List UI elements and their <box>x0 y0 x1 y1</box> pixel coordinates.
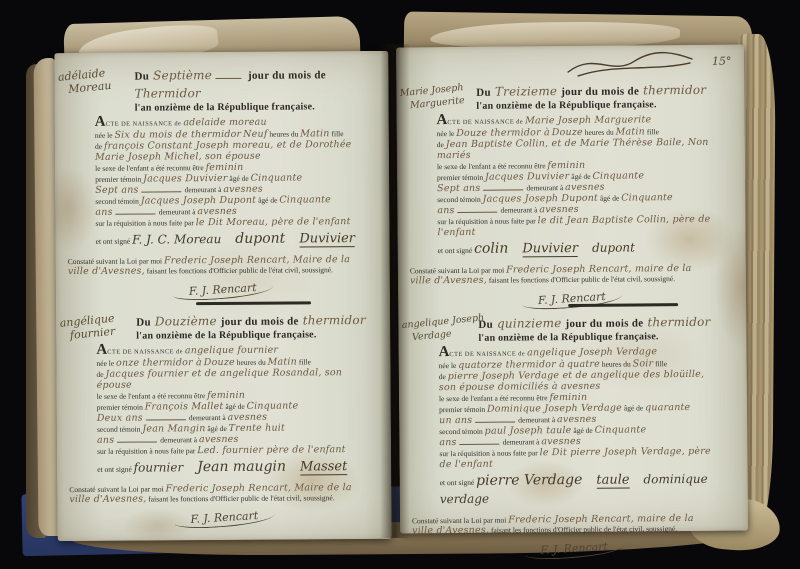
certification-paragraph: Constaté suivant la Loi par moi Frederic… <box>412 514 700 537</box>
value-child-name: Marie Joseph Marguerite <box>525 114 651 126</box>
official-signature: F. J. Rencart <box>522 289 623 311</box>
label-age: âgé de <box>229 174 248 183</box>
margin-child-name: angélique fournier <box>59 309 145 343</box>
value-witness1-age: Cinquante <box>247 400 299 411</box>
value-witness2-residence: avesnes <box>197 206 237 217</box>
value-sex: feminin <box>549 392 587 403</box>
value-witness2-name: Jean Mangin <box>142 423 205 434</box>
label-fille: fille <box>299 357 311 366</box>
ruled-dash <box>475 416 515 423</box>
label-sexe: le sexe de l'enfant a été reconnu être <box>95 163 204 173</box>
value-witness1-name: Dominique Joseph Verdage <box>487 403 622 415</box>
label-nee-le: née le <box>96 359 114 368</box>
value-witness1-residence: avesnes <box>228 412 268 423</box>
label-second-temoin: second témoin <box>437 195 481 204</box>
value-child-name: angelique fournier <box>185 345 278 357</box>
label-constate-fin: faisant les fonctions d'Officier public … <box>148 493 334 503</box>
birth-record-angelique-fournier: angélique fournier Du Douzième jour du m… <box>56 311 391 528</box>
label-jour-du-mois: jour du mois de <box>565 317 643 330</box>
value-witness1-age: quarante <box>645 402 690 413</box>
official-signature-row: F. J. Rencart <box>56 279 390 300</box>
birth-record-marie-joseph-marguerite: Marie Joseph Marguerite Du Treizieme jou… <box>396 80 746 309</box>
value-witness1-residence: avesnes <box>565 182 605 193</box>
value-witness1-age2: Sept ans <box>437 183 480 194</box>
value-parents: Jacques fournier et de angelique Rosanda… <box>97 367 343 391</box>
value-period: Matin <box>616 126 645 137</box>
label-acte-naissance: CTE DE NAISSANCE de <box>447 118 523 126</box>
certification-paragraph: Constaté suivant la Loi par moi Frederic… <box>68 255 356 277</box>
label-et-ont-signe: et ont signé <box>440 478 475 487</box>
label-second-temoin: second témoin <box>97 425 141 434</box>
birth-record-angelique-joseph-verdage: angelique Joseph Verdage Du quinzieme jo… <box>398 312 748 559</box>
label-fille: fille <box>647 127 659 136</box>
value-month: thermidor <box>303 313 366 327</box>
label-acte-naissance: CTE DE NAISSANCE de <box>107 348 183 356</box>
label-acte-naissance: CTE DE NAISSANCE de <box>449 350 525 358</box>
label-heures-du: heures du <box>237 358 266 367</box>
value-witness1-age2: un ans <box>439 415 472 426</box>
label-second-temoin: second témoin <box>95 197 139 206</box>
label-fille: fille <box>331 129 343 138</box>
label-constate: Constaté suivant la Loi par moi <box>412 516 506 526</box>
label-heures-du: heures du <box>602 359 631 368</box>
folio-number: 15° <box>712 55 732 68</box>
value-sex: feminin <box>206 162 244 173</box>
label-constate: Constaté suivant la Loi par moi <box>69 484 163 494</box>
label-premier-temoin: premier témoin <box>439 405 485 414</box>
record-body: ACTE DE NAISSANCE de Marie Joseph Margue… <box>436 113 711 259</box>
ruled-dash <box>458 206 498 213</box>
ruled-dash <box>142 185 182 192</box>
label-jour-du-mois: jour du mois de <box>221 315 299 328</box>
signature-1: colin <box>474 241 508 257</box>
signature-3: Duvivier <box>299 231 355 247</box>
label-demeurant: demeurant à <box>189 413 226 422</box>
birth-record-adelaide-moreau: adélaide Moreau Du Septième jour du mois… <box>54 65 390 300</box>
left-page: adélaide Moreau Du Septième jour du mois… <box>54 51 391 541</box>
official-signature: F. J. Rencart <box>173 280 274 302</box>
official-signature: F. J. Rencart <box>174 508 275 530</box>
value-period: Matin <box>300 128 329 139</box>
label-age: âgé de <box>573 426 592 435</box>
official-signature-row: F. J. Rencart <box>400 537 748 559</box>
dropcap-a: A <box>95 114 106 130</box>
label-sexe: le sexe de l'enfant a été reconnu être <box>97 391 206 401</box>
value-month: thermidor <box>643 83 706 98</box>
record-heading: Du Douzième jour du mois de thermidor l'… <box>136 311 390 342</box>
label-requisition: sur la réquisition à nous faite par <box>95 218 193 228</box>
label-requisition: sur la réquisition à nous faite par <box>439 448 537 458</box>
value-birth-date: onze thermidor à <box>116 357 202 369</box>
label-et-ont-signe: et ont signé <box>438 246 473 255</box>
value-witness2-residence: avesnes <box>541 436 581 447</box>
dropcap-a: A <box>436 112 447 128</box>
label-de: de <box>437 140 444 149</box>
dropcap-a: A <box>438 344 449 360</box>
label-de: de <box>95 142 102 151</box>
value-witness2-residence: avesnes <box>199 434 239 445</box>
value-witness1-age: Cinquante <box>592 170 644 181</box>
value-witness2-residence: avesnes <box>539 204 579 215</box>
value-witness2-age2: ans <box>439 437 456 448</box>
value-sex: feminin <box>547 160 585 171</box>
margin-child-name: angelique Joseph Verdage <box>401 311 487 345</box>
label-sexe: le sexe de l'enfant a été reconnu être <box>439 393 548 403</box>
value-period: Soir <box>633 358 654 369</box>
label-requisition: sur la réquisition à nous faite par <box>97 446 195 456</box>
label-jour-du-mois: jour du mois de <box>561 85 639 98</box>
label-demeurant: demeurant à <box>159 207 196 216</box>
value-birth-hour: quatre <box>567 359 600 370</box>
margin-child-name: adélaide Moreau <box>57 63 143 97</box>
ruled-dash <box>483 183 523 190</box>
value-witness1-age2: Sept ans <box>95 185 138 196</box>
label-jour-du-mois: jour du mois de <box>248 69 326 82</box>
signature-2: Duvivier <box>522 241 578 257</box>
register-photo: adélaide Moreau Du Septième jour du mois… <box>0 0 800 569</box>
right-page: 15° Marie Joseph Marguerite Du Treizieme… <box>396 44 748 533</box>
label-et-ont-signe: et ont signé <box>96 237 131 246</box>
label-age: âgé de <box>571 172 590 181</box>
signature-1: fournier <box>134 460 184 474</box>
label-second-temoin: second témoin <box>439 427 483 436</box>
value-witness1-name: Jacques Duvivier <box>485 171 570 183</box>
value-birth-hour: Douze <box>552 127 583 138</box>
label-nee-le: née le <box>95 131 113 140</box>
label-premier-temoin: premier témoin <box>97 403 143 412</box>
value-witness2-name: Jacques Joseph Dupont <box>141 195 257 207</box>
label-an-onzieme: l'an onzième de la République française. <box>135 101 389 114</box>
value-day: Douzième <box>155 314 217 328</box>
label-premier-temoin: premier témoin <box>95 175 141 184</box>
signature-1: pierre Verdage <box>476 472 582 489</box>
value-witness1-residence: avesnes <box>223 184 263 195</box>
signature-3: Masset <box>300 459 347 475</box>
value-sex: feminin <box>207 390 245 401</box>
value-witness2-name: paul Joseph taule <box>485 425 572 437</box>
record-heading: Du Septième jour du mois de Thermidor l'… <box>134 65 388 114</box>
record-body: ACTE DE NAISSANCE de angelique fournier … <box>96 343 371 478</box>
label-an-onzieme: l'an onzième de la République française. <box>478 330 746 343</box>
ruled-dash <box>146 413 186 420</box>
label-constate-fin: faisant les fonctions d'Officier public … <box>489 274 675 285</box>
label-an-onzieme: l'an onzième de la République française. <box>476 98 744 111</box>
value-witness2-age2: ans <box>95 207 112 218</box>
value-witness2-age: Trente huit <box>229 423 285 434</box>
value-day: quinzieme <box>497 316 562 331</box>
label-fille: fille <box>655 359 667 368</box>
ruled-dash <box>215 72 241 79</box>
label-demeurant: demeurant à <box>518 415 555 424</box>
value-witness2-name: Jacques Joseph Dupont <box>483 193 599 205</box>
certification-paragraph: Constaté suivant la Loi par moi Frederic… <box>410 264 698 287</box>
label-demeurant: demeurant à <box>503 437 540 446</box>
record-body: ACTE DE NAISSANCE de adelaide moreau née… <box>95 115 370 250</box>
label-constate: Constaté suivant la Loi par moi <box>410 266 504 276</box>
signature-2: dupont <box>235 231 285 247</box>
value-month: thermidor <box>647 315 710 330</box>
label-sexe: le sexe de l'enfant a été reconnu être <box>437 161 546 171</box>
value-parents: françois Constant Joseph moreau, et de D… <box>95 139 352 163</box>
label-nee-le: née le <box>439 361 457 370</box>
ink-separator <box>196 301 311 305</box>
label-constate-fin: faisant les fonctions d'Officier public … <box>147 265 333 275</box>
value-requisition-by: le Dit Moreau, père de l'enfant <box>196 216 351 228</box>
label-de: de <box>439 372 446 381</box>
value-parents: pierre Joseph Verdage et de angelique de… <box>439 369 704 393</box>
signature-2: Jean maugin <box>197 459 286 476</box>
label-age: âgé de <box>624 403 643 412</box>
value-month: Thermidor <box>135 86 201 100</box>
value-parents: Jean Baptiste Collin, et de Marie Thérès… <box>437 137 709 161</box>
value-birth-date: Six du mois de thermidor <box>114 129 241 141</box>
record-body: ACTE DE NAISSANCE de angelique Joseph Ve… <box>439 345 714 509</box>
official-signature: F. J. Rencart <box>524 539 625 561</box>
label-et-ont-signe: et ont signé <box>97 465 132 474</box>
label-age: âgé de <box>207 424 226 433</box>
dropcap-a: A <box>96 342 107 358</box>
label-demeurant: demeurant à <box>160 435 197 444</box>
value-witness1-name: Jacques Duvivier <box>143 173 227 185</box>
signature-1: F. J. C. Moreau <box>132 232 221 247</box>
gutter-shadow <box>380 44 410 538</box>
value-witness2-age: Cinquante <box>595 424 647 435</box>
label-heures-du: heures du <box>585 128 614 137</box>
record-heading: Du Treizieme jour du mois de thermidor l… <box>476 80 744 111</box>
label-age: âgé de <box>258 196 277 205</box>
signature-3: dupont <box>592 240 635 254</box>
value-child-name: angelique Joseph Verdage <box>527 346 657 358</box>
value-witness1-age2: Deux ans <box>97 413 143 424</box>
margin-child-name: Marie Joseph Marguerite <box>399 79 485 113</box>
value-witness1-name: François Mallet <box>145 401 224 413</box>
ruled-dash <box>117 435 157 442</box>
label-nee-le: née le <box>437 129 455 138</box>
value-witness1-residence: avesnes <box>557 414 597 425</box>
label-age: âgé de <box>600 194 619 203</box>
value-day: Treizieme <box>495 84 557 99</box>
label-constate-fin: faisant les fonctions d'Officier public … <box>491 524 677 535</box>
value-birth-hour: Douze <box>204 357 235 368</box>
label-de: de <box>97 370 104 379</box>
value-witness1-age: Cinquante <box>251 172 303 183</box>
ruled-dash <box>460 438 500 445</box>
label-requisition: sur la réquisition à nous faite par <box>437 216 535 226</box>
value-witness2-age2: ans <box>97 435 114 446</box>
signature-2: taule <box>596 473 629 489</box>
label-demeurant: demeurant à <box>185 185 222 194</box>
ruled-dash <box>116 207 156 214</box>
value-witness2-age: Cinquante <box>279 194 331 205</box>
label-age: âgé de <box>225 402 244 411</box>
value-period: Matin <box>268 356 297 367</box>
record-heading: Du quinzieme jour du mois de thermidor l… <box>478 312 746 343</box>
paraph-flourish <box>564 49 696 80</box>
label-demeurant: demeurant à <box>501 205 538 214</box>
label-constate: Constaté suivant la Loi par moi <box>68 256 162 266</box>
value-child-name: adelaide moreau <box>183 117 267 129</box>
label-an-onzieme: l'an onzième de la République française. <box>136 329 390 342</box>
label-acte-naissance: CTE DE NAISSANCE de <box>106 120 182 128</box>
label-demeurant: demeurant à <box>526 183 563 192</box>
label-heures-du: heures du <box>269 129 298 138</box>
value-witness2-age2: ans <box>437 205 454 216</box>
value-birth-hour: Neuf <box>243 129 267 140</box>
value-requisition-by: Led. fournier père de l'enfant <box>197 444 345 456</box>
official-signature-row: F. J. Rencart <box>57 507 391 528</box>
certification-paragraph: Constaté suivant la Loi par moi Frederic… <box>69 483 357 505</box>
label-premier-temoin: premier témoin <box>437 173 483 182</box>
value-witness2-age: Cinquante <box>621 192 673 203</box>
value-birth-date: Douze thermidor à <box>456 127 550 139</box>
value-day: Septième <box>153 68 212 82</box>
